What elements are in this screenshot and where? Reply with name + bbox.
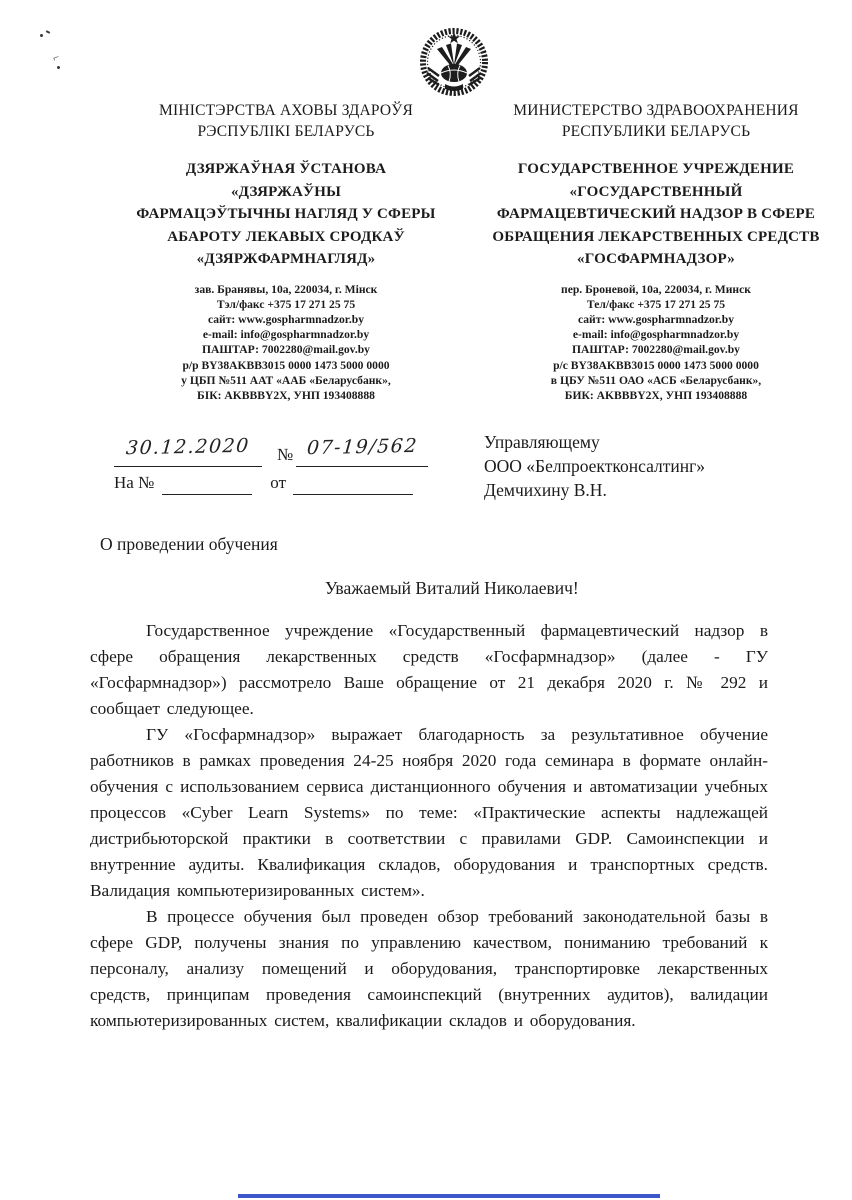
body-paragraph: Государственное учреждение «Государствен… (90, 618, 768, 722)
number-underline: 07-19/562 (296, 436, 428, 467)
ot-underline (293, 472, 413, 495)
number-sign-label: № (277, 445, 293, 467)
header-belarusian: МІНІСТЭРСТВА АХОВЫ ЗДАРОЎЯ РЭСПУБЛІКІ БЕ… (104, 100, 468, 403)
scan-artifact-dot (40, 34, 43, 37)
letter-body: Государственное учреждение «Государствен… (90, 618, 768, 1034)
ministry-name-line: МІНІСТЭРСТВА АХОВЫ ЗДАРОЎЯ (104, 100, 468, 121)
addressee-line: ООО «Белпроектконсалтинг» (484, 454, 705, 478)
addressee-block: Управляющему ООО «Белпроектконсалтинг» Д… (484, 430, 705, 502)
header-russian: МИНИСТЕРСТВО ЗДРАВООХРАНЕНИЯ РЕСПУБЛИКИ … (478, 100, 834, 403)
body-paragraph: В процессе обучения был проведен обзор т… (90, 904, 768, 1034)
ministry-name-line: РЭСПУБЛІКІ БЕЛАРУСЬ (104, 121, 468, 142)
scan-artifact-dot (57, 66, 60, 69)
incoming-number-row: На №от (114, 472, 484, 495)
body-paragraph: ГУ «Госфармнадзор» выражает благодарност… (90, 722, 768, 904)
org-name-block: ДЗЯРЖАЎНАЯ ЎСТАНОВА «ДЗЯРЖАЎНЫ ФАРМАЦЭЎТ… (104, 158, 468, 271)
reference-block: 30.12.2020№07-19/562 На №от (114, 436, 484, 495)
date-underline: 30.12.2020 (114, 436, 262, 467)
handwritten-date: 30.12.2020 (125, 435, 251, 460)
letter-subject: О проведении обучения (100, 534, 278, 555)
addressee-line: Демчихину В.Н. (484, 478, 705, 502)
org-name-block: ГОСУДАРСТВЕННОЕ УЧРЕЖДЕНИЕ «ГОСУДАРСТВЕН… (478, 158, 834, 271)
salutation: Уважаемый Виталий Николаевич! (325, 578, 579, 599)
handwritten-number: 07-19/562 (306, 435, 419, 459)
coat-of-arms-belarus-icon (419, 26, 489, 98)
bottom-blue-line (238, 1194, 660, 1198)
scan-artifact-mark: ⌐ (51, 51, 61, 64)
ministry-name-line: МИНИСТЕРСТВО ЗДРАВООХРАНЕНИЯ (478, 100, 834, 121)
scanned-letter-page: ⌐ МІНІСТЭРСТВА АХОВЫ ЗДАРОЎЯ РЭСПУБЛІКІ … (0, 0, 852, 1200)
ministry-name-line: РЕСПУБЛИКИ БЕЛАРУСЬ (478, 121, 834, 142)
na-underline (162, 472, 252, 495)
contact-block: зав. Бранявы, 10а, 220034, г. Мінск Тэл/… (104, 282, 468, 404)
na-label: На № (114, 473, 154, 495)
ot-label: от (270, 473, 286, 495)
outgoing-number-row: 30.12.2020№07-19/562 (114, 436, 484, 467)
addressee-line: Управляющему (484, 430, 705, 454)
contact-block: пер. Броневой, 10а, 220034, г. Минск Тел… (478, 282, 834, 404)
scan-artifact-dot (46, 30, 50, 34)
